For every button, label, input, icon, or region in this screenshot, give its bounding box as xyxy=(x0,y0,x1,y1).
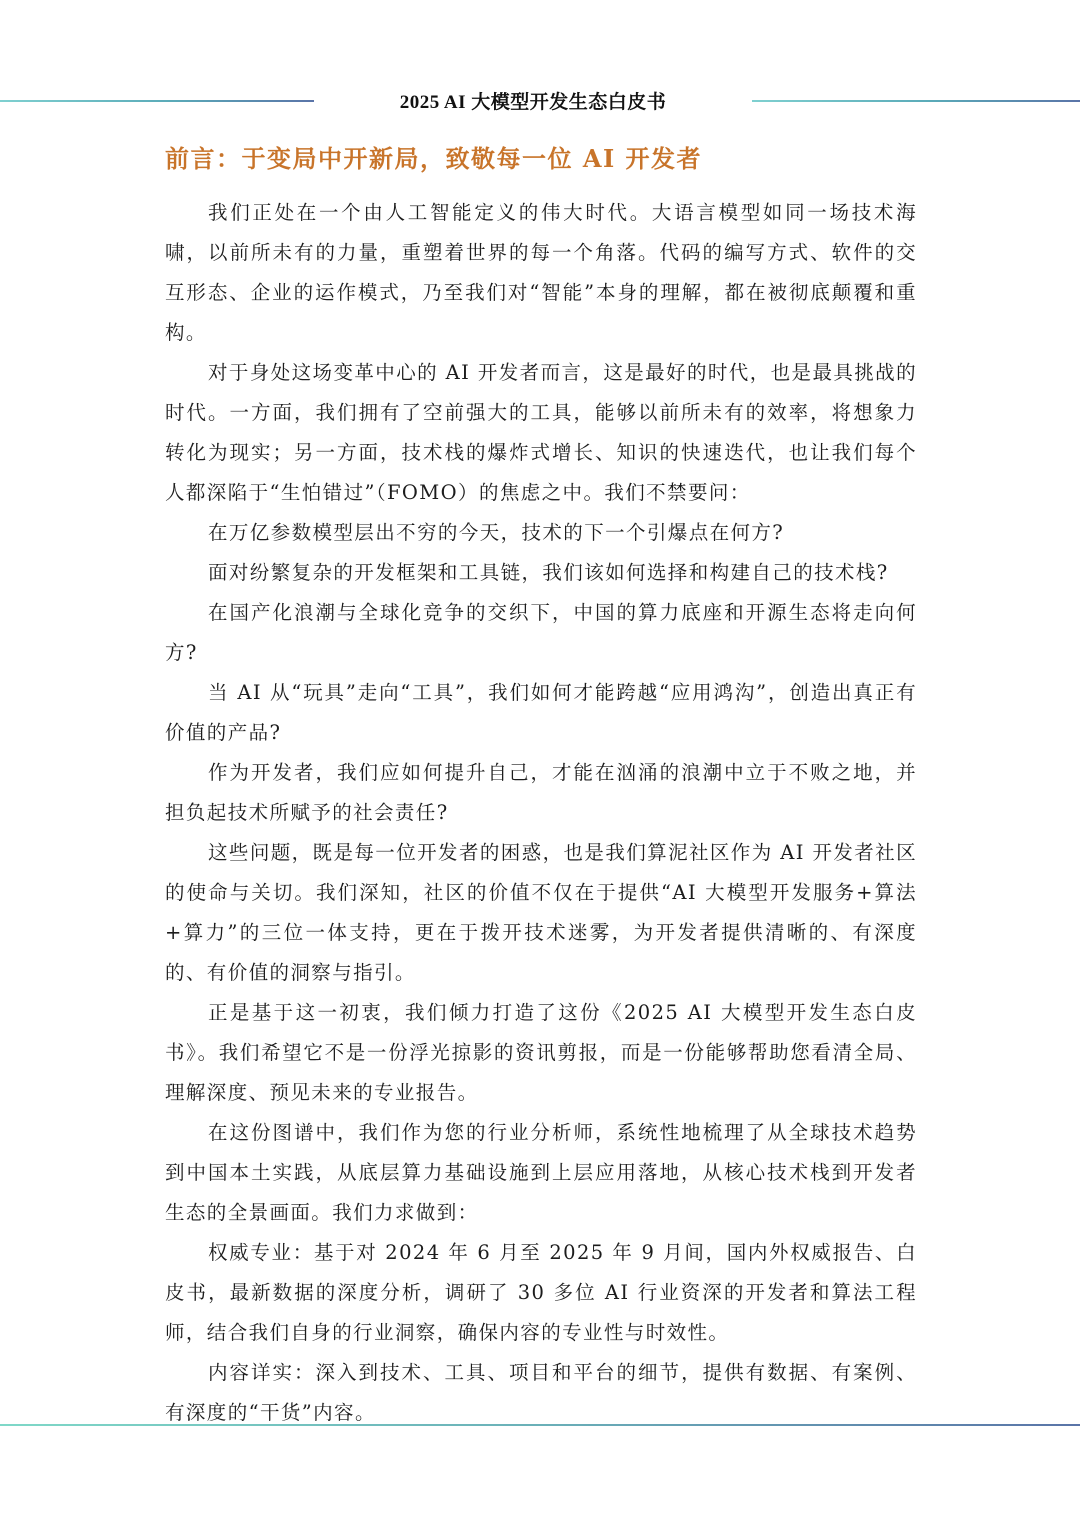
paragraph-community-mission: 这些问题，既是每一位开发者的困惑，也是我们算泥社区作为 AI 开发者社区的使命与… xyxy=(165,833,917,993)
section-heading: 前言：于变局中开新局，致敬每一位 AI 开发者 xyxy=(165,140,702,178)
paragraph-authoritative: 权威专业：基于对 2024 年 6 月至 2025 年 9 月间，国内外权威报告… xyxy=(165,1233,917,1353)
paragraph-intro: 我们正处在一个由人工智能定义的伟大时代。大语言模型如同一场技术海啸，以前所未有的… xyxy=(165,193,917,353)
header-rule-right xyxy=(752,100,1080,102)
header-rule-left xyxy=(0,100,314,102)
paragraph-overview: 在这份图谱中，我们作为您的行业分析师，系统性地梳理了从全球技术趋势到中国本土实践… xyxy=(165,1113,917,1233)
question-next-breakthrough: 在万亿参数模型层出不穷的今天，技术的下一个引爆点在何方? xyxy=(165,513,917,553)
paragraph-developers: 对于身处这场变革中心的 AI 开发者而言，这是最好的时代，也是最具挑战的时代。一… xyxy=(165,353,917,513)
question-tech-stack: 面对纷繁复杂的开发框架和工具链，我们该如何选择和构建自己的技术栈? xyxy=(165,553,917,593)
question-self-improvement: 作为开发者，我们应如何提升自己，才能在汹涌的浪潮中立于不败之地，并担负起技术所赋… xyxy=(165,753,917,833)
body-text: 我们正处在一个由人工智能定义的伟大时代。大语言模型如同一场技术海啸，以前所未有的… xyxy=(165,193,917,1433)
paragraph-whitepaper-purpose: 正是基于这一初衷，我们倾力打造了这份《2025 AI 大模型开发生态白皮书》。我… xyxy=(165,993,917,1113)
paragraph-detailed-content: 内容详实：深入到技术、工具、项目和平台的细节，提供有数据、有案例、有深度的“干货… xyxy=(165,1353,917,1433)
question-compute-ecosystem: 在国产化浪潮与全球化竞争的交织下，中国的算力底座和开源生态将走向何方? xyxy=(165,593,917,673)
question-application-gap: 当 AI 从“玩具”走向“工具”，我们如何才能跨越“应用鸿沟”，创造出真正有价值… xyxy=(165,673,917,753)
document-title: 2025 AI 大模型开发生态白皮书 xyxy=(314,90,752,116)
footer-rule xyxy=(0,1424,1080,1426)
